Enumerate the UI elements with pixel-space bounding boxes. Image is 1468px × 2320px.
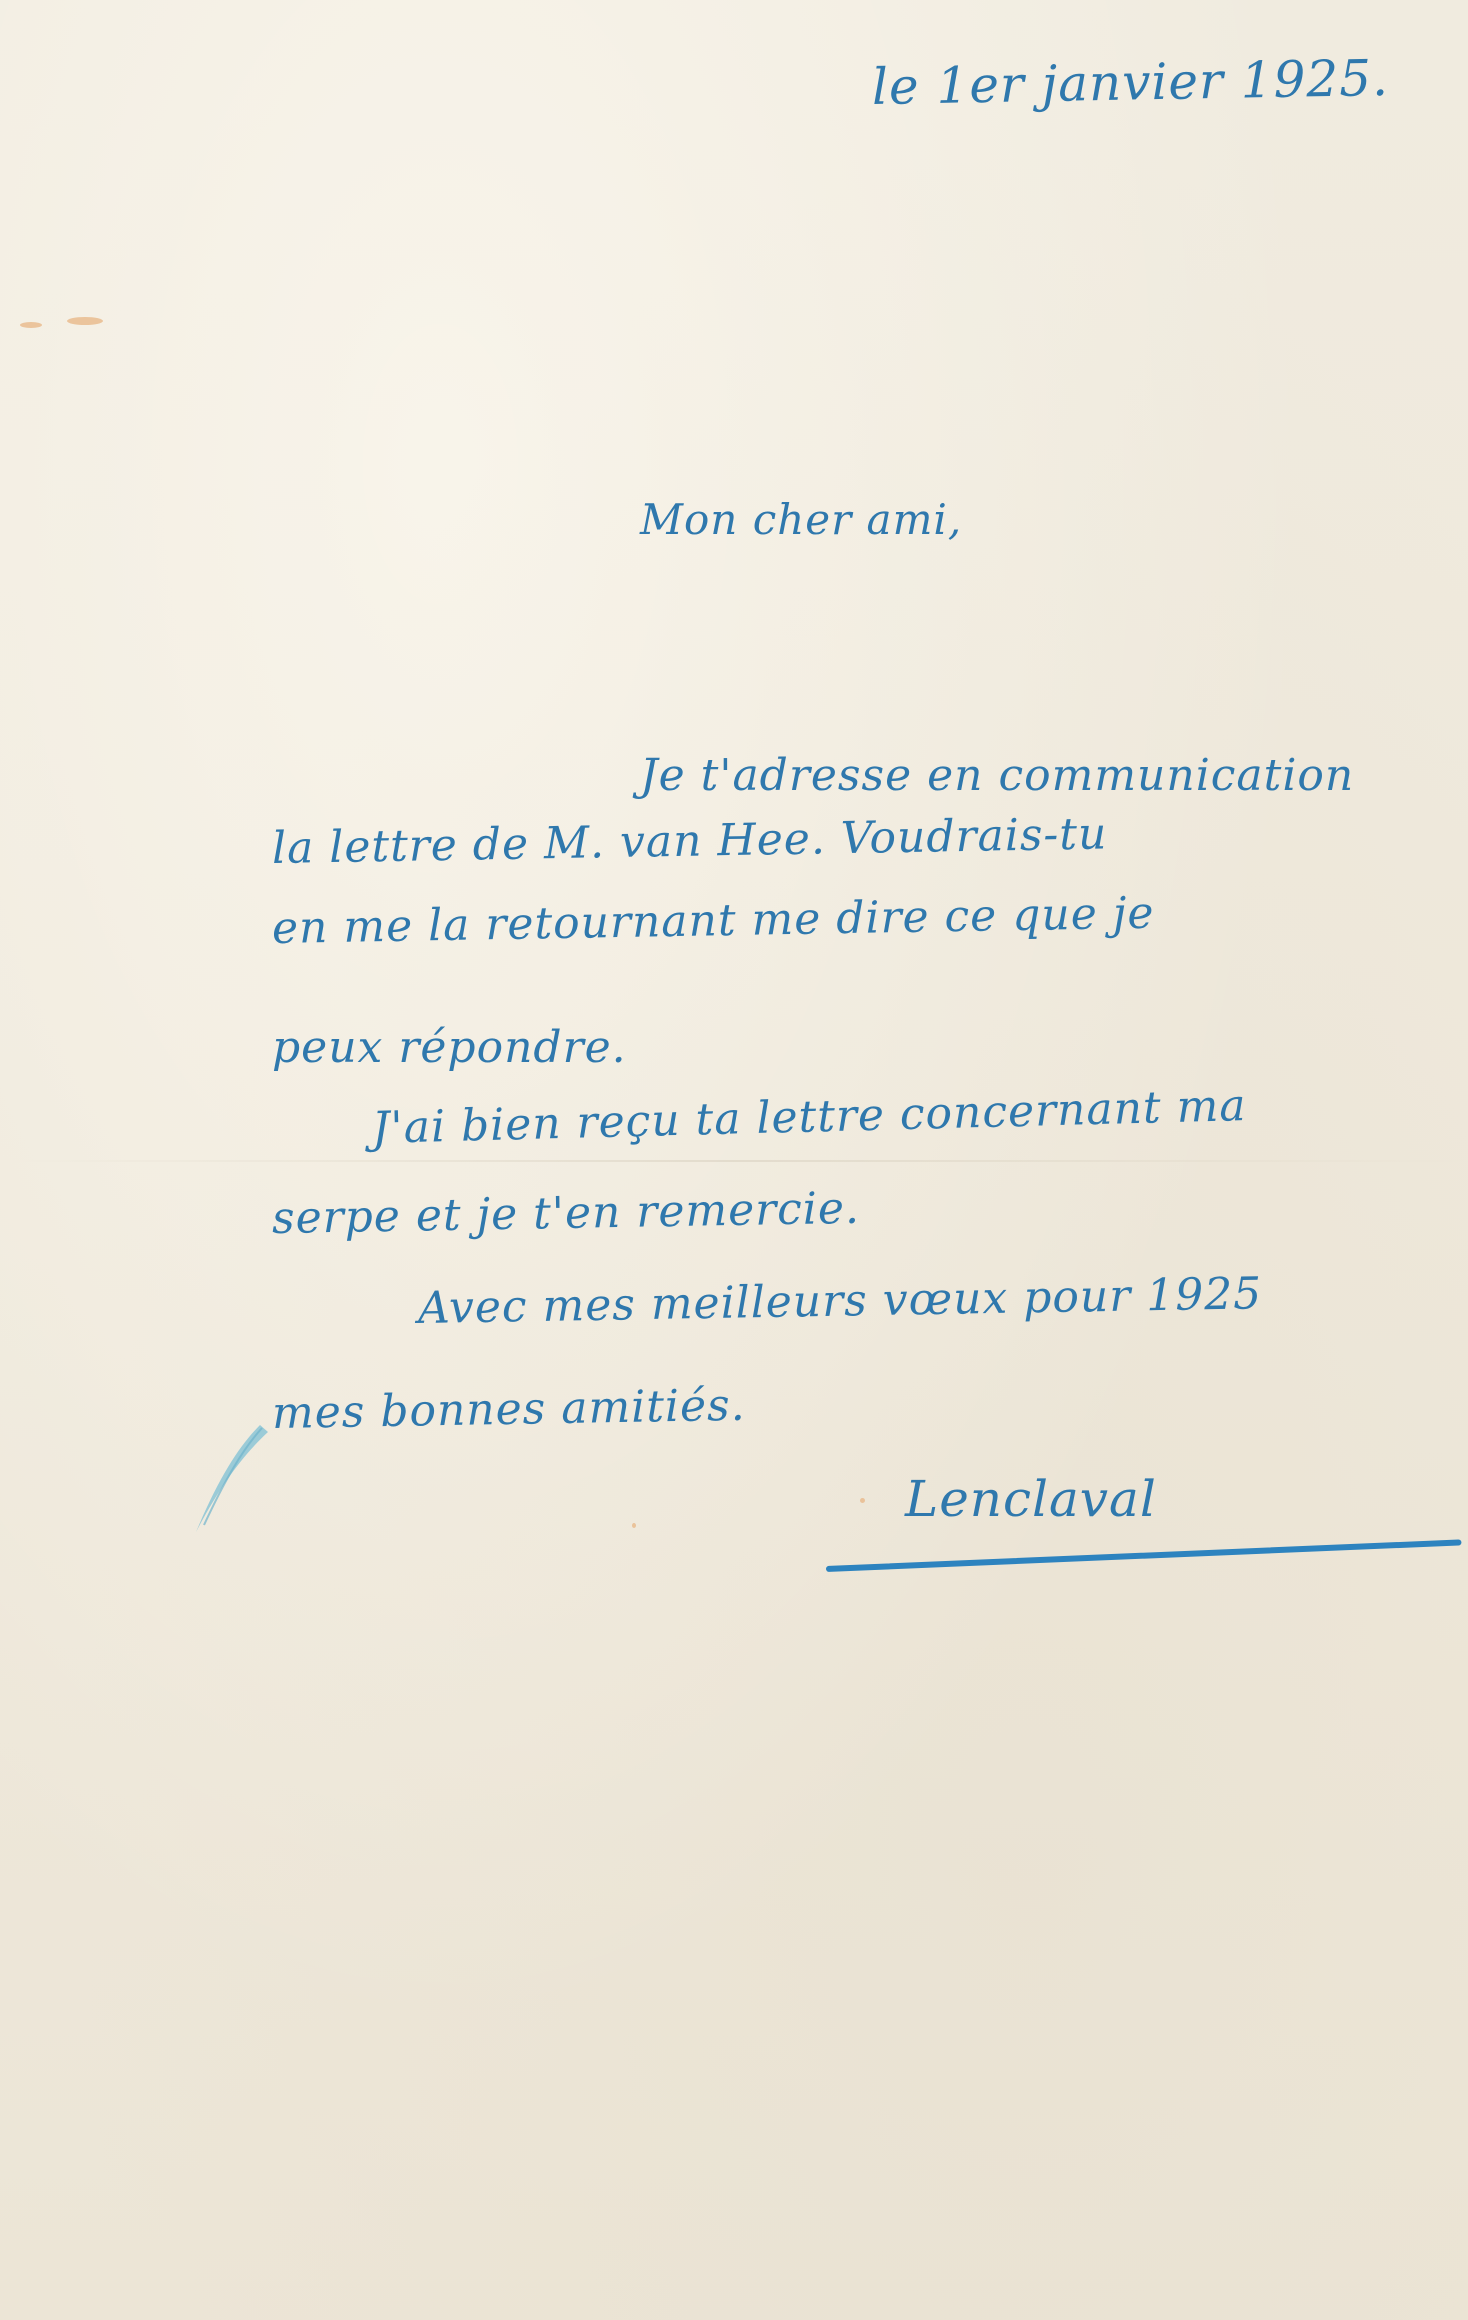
- letter-date: le 1er janvier 1925.: [871, 49, 1389, 116]
- letter-body-line: la lettre de M. van Hee. Voudrais-tu: [272, 808, 1108, 874]
- letter-salutation: Mon cher ami,: [640, 495, 962, 544]
- paper-stain: [20, 322, 42, 328]
- signature-underline: [826, 1539, 1462, 1572]
- paper-fold-line: [0, 1160, 1468, 1162]
- letter-body-line: Avec mes meilleurs vœux pour 1925: [418, 1268, 1263, 1334]
- paper-stain: [860, 1498, 865, 1503]
- letter-body-line: Je t'adresse en communication: [640, 750, 1354, 801]
- letter-body-line: mes bonnes amitiés.: [272, 1380, 746, 1439]
- letter-page: le 1er janvier 1925. Mon cher ami, Je t'…: [0, 0, 1468, 2320]
- letter-body-line: en me la retournant me dire ce que je: [272, 888, 1155, 954]
- letter-body-line: serpe et je t'en remercie.: [272, 1183, 861, 1244]
- letter-body-line: peux répondre.: [272, 1022, 627, 1073]
- letter-signature: Lenclaval: [905, 1470, 1157, 1528]
- paper-stain: [67, 317, 103, 325]
- paper-stain: [632, 1523, 636, 1528]
- ink-flourish-icon: [190, 1420, 280, 1540]
- letter-body-line: J'ai bien reçu ta lettre concernant ma: [371, 1080, 1247, 1154]
